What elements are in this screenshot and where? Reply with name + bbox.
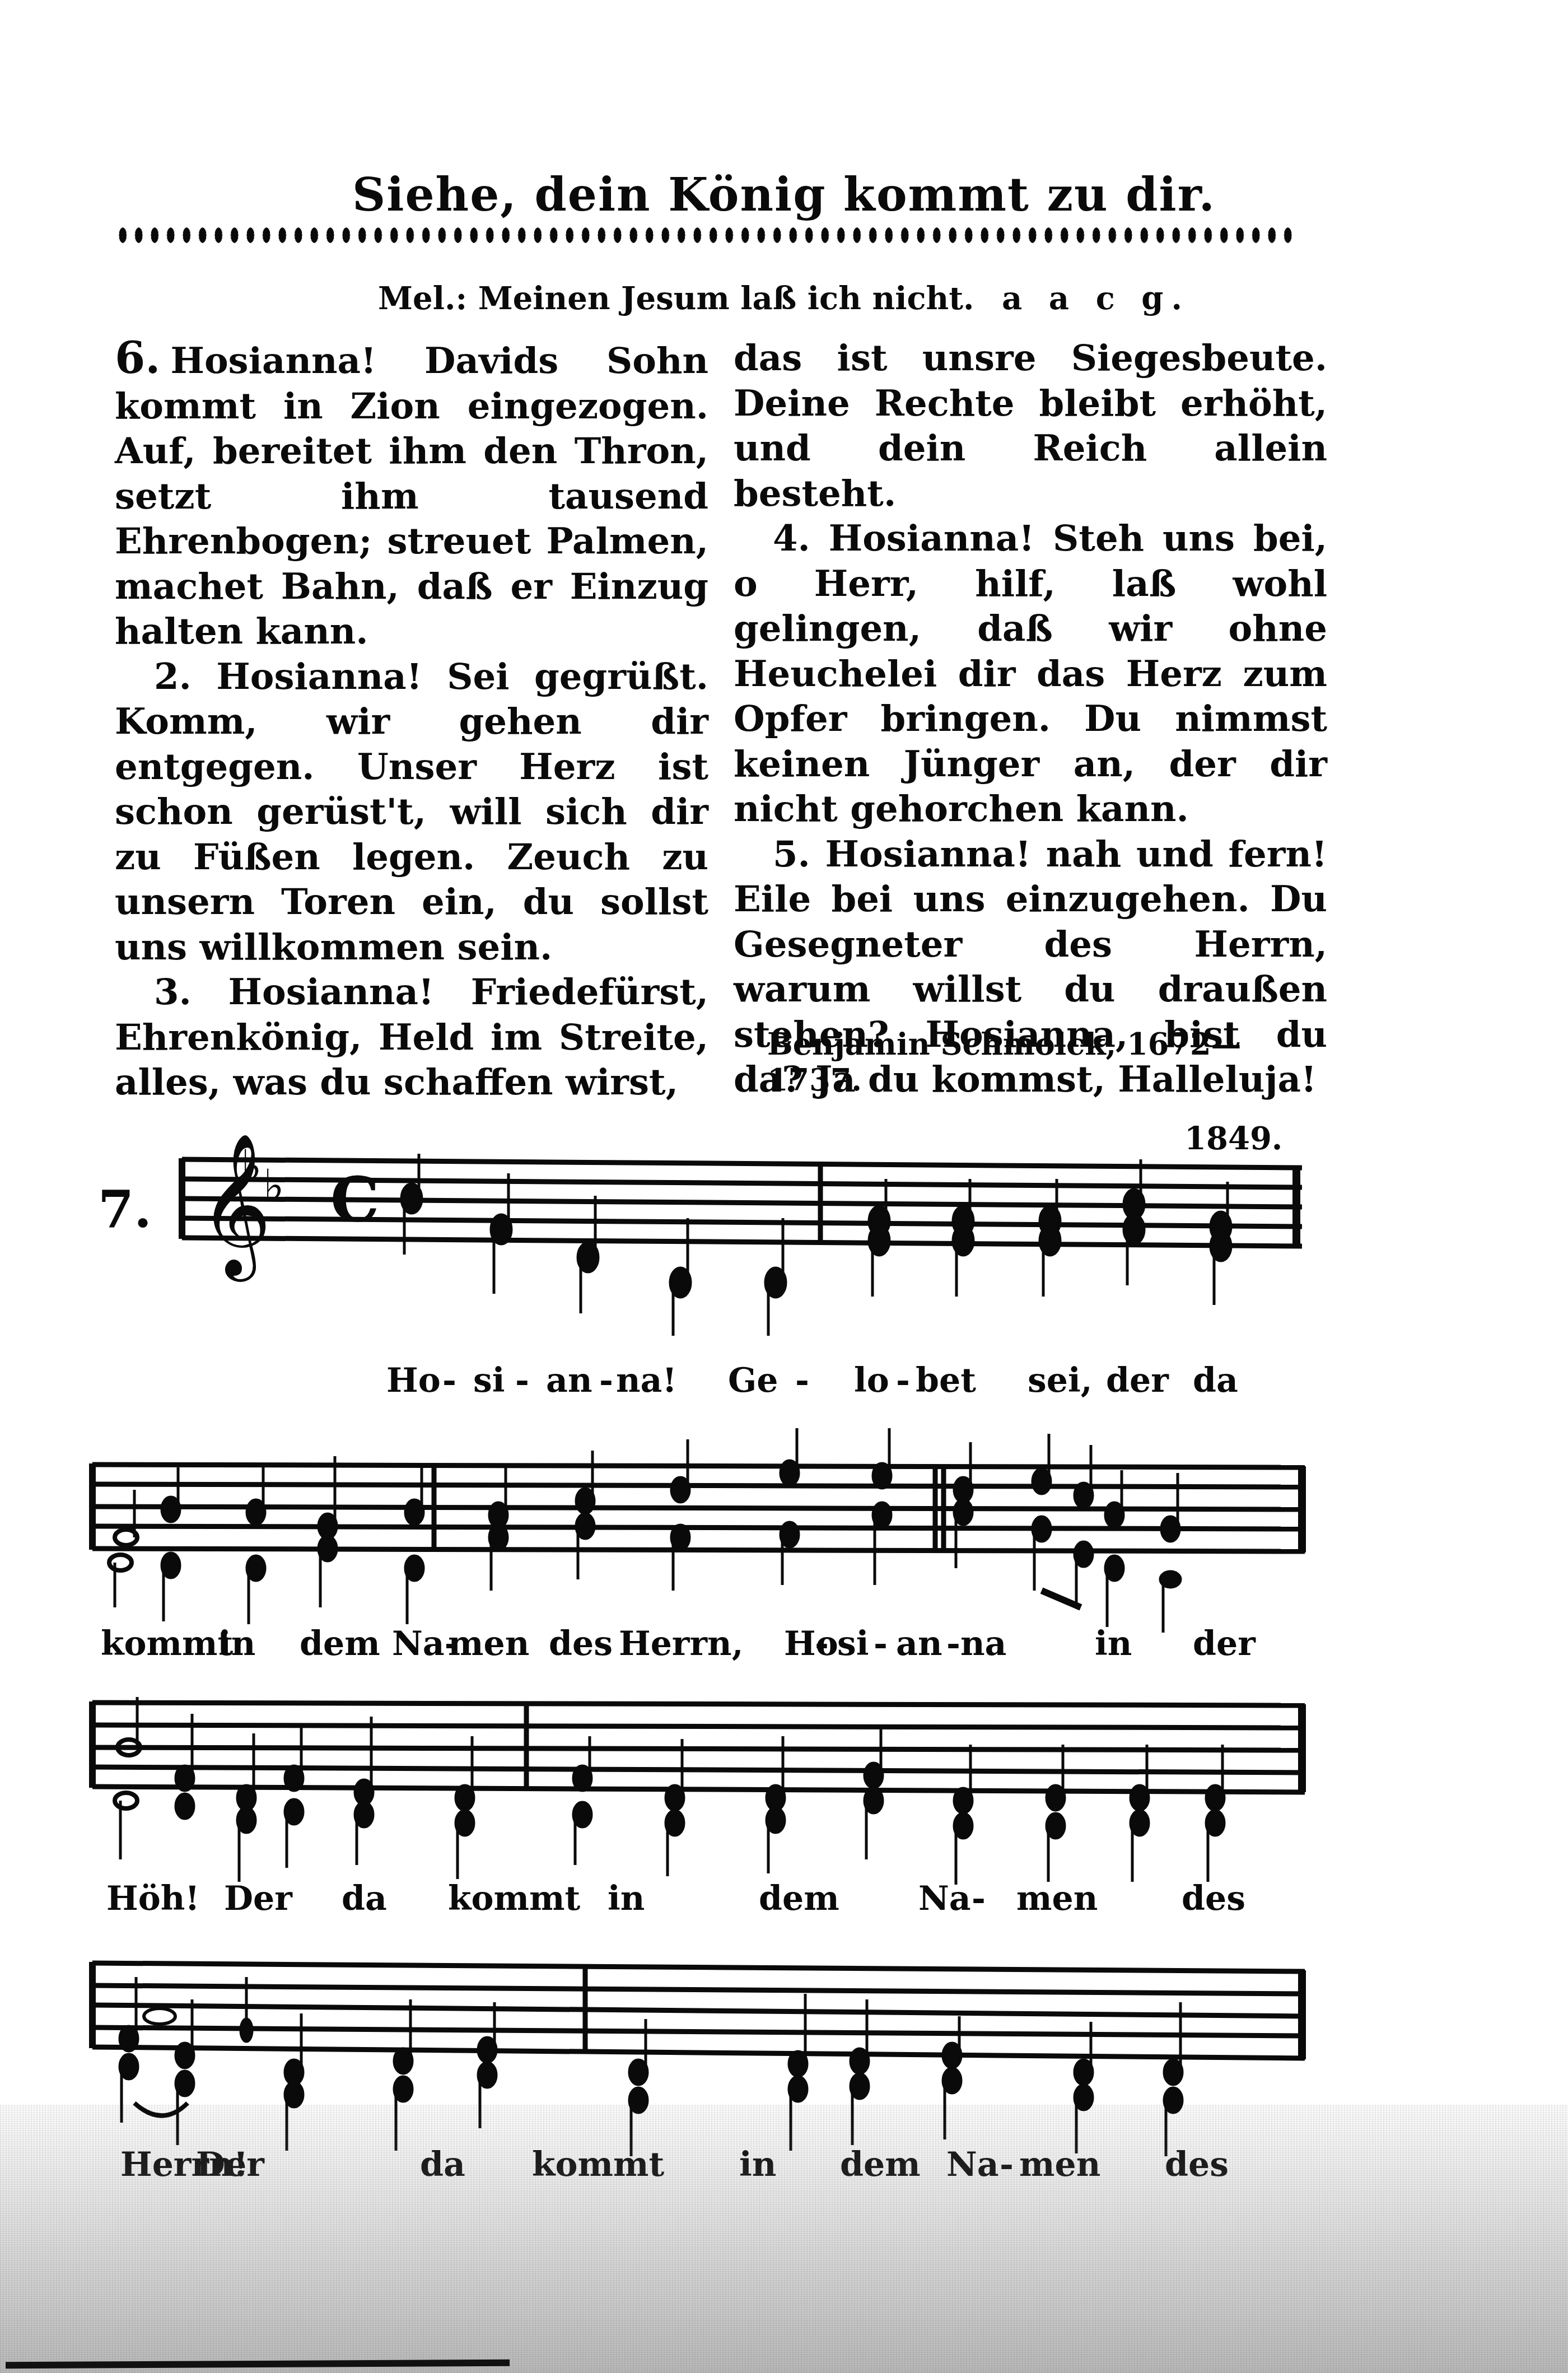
melody-notes: a a c g. [1002, 280, 1190, 317]
lyric-syllable: Ho [386, 1361, 441, 1400]
lyric-hyphen: - [874, 1624, 888, 1663]
verse: 2. Hosianna! Sei gegrüßt. Komm, wir gehe… [115, 655, 708, 971]
lyric-syllable: Der [224, 1879, 292, 1918]
verse-number: 3. [154, 971, 192, 1013]
lyric-syllable: in [1095, 1624, 1132, 1663]
lyric-syllable: dem [300, 1624, 380, 1663]
scan-noise-texture [0, 2104, 1568, 2373]
lyric-syllable: lo [854, 1361, 889, 1400]
melody-reference: Mel.: Meinen Jesum laß ich nicht. a a c … [0, 280, 1568, 317]
verse: 3. Hosianna! Friedefürst, Ehrenkönig, He… [115, 970, 708, 1106]
verse-number: 2. [154, 656, 192, 698]
lyric-hyphen: - [815, 1624, 829, 1663]
hymn-text-left-column: 6.Hosianna! Davids Sohn kommt in Zion ei… [115, 336, 708, 1106]
verse-text: Hosianna! Davids Sohn kommt in Zion eing… [115, 340, 708, 652]
verse-text: Hosianna! Friedefürst, Ehrenkönig, Held … [115, 971, 708, 1103]
lyric-syllable: Höh! [106, 1879, 200, 1918]
lyric-syllable: da [342, 1879, 387, 1918]
lyric-syllable: da [1193, 1361, 1238, 1400]
lyric-syllable: des [549, 1624, 613, 1663]
flat-icon: ♭ [263, 1160, 284, 1212]
lyric-syllable: in [218, 1624, 255, 1663]
lyric-hyphen: - [896, 1361, 910, 1400]
author-credit: Benjamin Schmolck, 1672—1737. [767, 1026, 1327, 1098]
lyric-syllable: na! [616, 1361, 677, 1400]
lyric-hyphen: - [972, 1879, 986, 1918]
lyric-syllable: bet [916, 1361, 976, 1400]
verse-number: 6. [115, 333, 160, 384]
music-notation: 𝄞 ♭ ♭ C [0, 1109, 1568, 2229]
lyric-syllable: in [608, 1879, 645, 1918]
verse-number: 4. [773, 518, 810, 560]
lyric-syllable: an [546, 1361, 592, 1400]
lyric-hyphen: - [946, 1624, 960, 1663]
lyric-syllable: Ho [784, 1624, 838, 1663]
lyric-syllable: men [448, 1624, 529, 1663]
lyric-syllable: kommt [101, 1624, 233, 1663]
lyric-syllable: si [837, 1624, 869, 1663]
verse-text: Hosianna! Sei gegrüßt. Komm, wir gehen d… [115, 656, 708, 968]
verse: 6.Hosianna! Davids Sohn kommt in Zion ei… [115, 336, 708, 655]
lyric-syllable: an [896, 1624, 942, 1663]
staff-system-3 [92, 1701, 1305, 1792]
melody-label: Mel.: Meinen Jesum laß ich nicht. [378, 280, 974, 317]
lyric-syllable: Na [918, 1879, 971, 1918]
lyric-syllable: na [960, 1624, 1007, 1663]
hymn-text-right-column: das ist unsre Siegesbeute. Deine Rechte … [734, 336, 1327, 1103]
lyric-hyphen: - [442, 1361, 456, 1400]
lyric-hyphen: - [599, 1361, 613, 1400]
lyric-syllable: Ge [728, 1361, 778, 1400]
lyric-hyphen: - [515, 1361, 529, 1400]
hymnal-page: Siehe, dein König kommt zu dir. Mel.: Me… [0, 0, 1568, 2373]
lyric-syllable: des [1182, 1879, 1245, 1918]
lyric-syllable: men [1016, 1879, 1098, 1918]
lyric-syllable: si [473, 1361, 505, 1400]
staff-system-4 [92, 1962, 1305, 2059]
verse-number: 5. [773, 833, 810, 875]
lyric-syllable: der [1193, 1624, 1256, 1663]
lyric-syllable: kommt [448, 1879, 580, 1918]
lyric-syllable: dem [759, 1879, 839, 1918]
dotted-divider [115, 224, 1296, 246]
page-title: Siehe, dein König kommt zu dir. [0, 168, 1568, 222]
tie [144, 2008, 175, 2024]
lyric-syllable: sei, [1028, 1361, 1093, 1400]
verse: 4. Hosianna! Steh uns bei, o Herr, hilf,… [734, 516, 1327, 832]
lyric-hyphen: - [795, 1361, 809, 1400]
common-time-icon: C [330, 1163, 380, 1236]
verse-text: das ist unsre Siegesbeute. Deine Rechte … [734, 337, 1327, 515]
verse-continuation: das ist unsre Siegesbeute. Deine Rechte … [734, 336, 1327, 516]
verse-text: Hosianna! Steh uns bei, o Herr, hilf, la… [734, 518, 1327, 830]
flat-icon: ♭ [241, 1140, 262, 1192]
lyric-syllable: Herrn, [619, 1624, 744, 1663]
lyric-syllable: der [1106, 1361, 1169, 1400]
